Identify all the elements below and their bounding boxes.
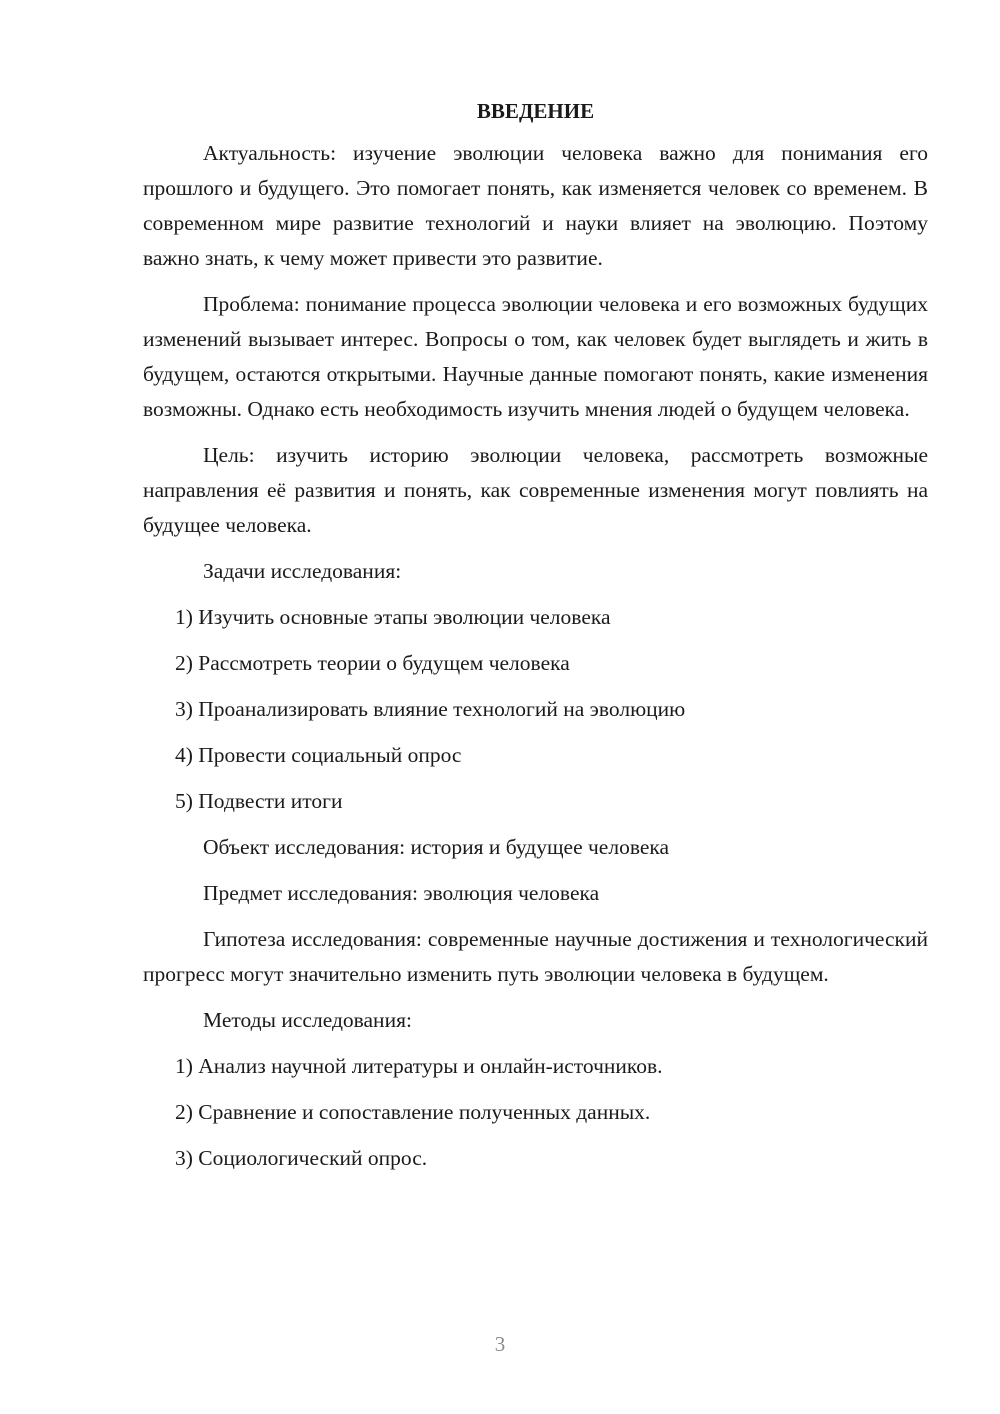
task-item: 2) Рассмотреть теории о будущем человека bbox=[143, 646, 928, 681]
method-item: 1) Анализ научной литературы и онлайн-ис… bbox=[143, 1049, 928, 1084]
methods-list: 1) Анализ научной литературы и онлайн-ис… bbox=[143, 1049, 928, 1176]
method-item: 3) Социологический опрос. bbox=[143, 1141, 928, 1176]
task-item: 1) Изучить основные этапы эволюции челов… bbox=[143, 600, 928, 635]
tasks-list: 1) Изучить основные этапы эволюции челов… bbox=[143, 600, 928, 819]
tasks-heading: Задачи исследования: bbox=[143, 554, 928, 589]
problem-paragraph: Проблема: понимание процесса эволюции че… bbox=[143, 287, 928, 427]
hypothesis-paragraph: Гипотеза исследования: современные научн… bbox=[143, 922, 928, 992]
task-item: 5) Подвести итоги bbox=[143, 784, 928, 819]
page-number: 3 bbox=[0, 1332, 1000, 1357]
method-item: 2) Сравнение и сопоставление полученных … bbox=[143, 1095, 928, 1130]
task-item: 3) Проанализировать влияние технологий н… bbox=[143, 692, 928, 727]
task-item: 4) Провести социальный опрос bbox=[143, 738, 928, 773]
subject-paragraph: Предмет исследования: эволюция человека bbox=[143, 876, 928, 911]
section-heading: ВВЕДЕНИЕ bbox=[143, 96, 928, 126]
goal-paragraph: Цель: изучить историю эволюции человека,… bbox=[143, 438, 928, 543]
relevance-paragraph: Актуальность: изучение эволюции человека… bbox=[143, 136, 928, 276]
methods-heading: Методы исследования: bbox=[143, 1003, 928, 1038]
document-page: ВВЕДЕНИЕ Актуальность: изучение эволюции… bbox=[143, 96, 928, 1187]
object-paragraph: Объект исследования: история и будущее ч… bbox=[143, 830, 928, 865]
